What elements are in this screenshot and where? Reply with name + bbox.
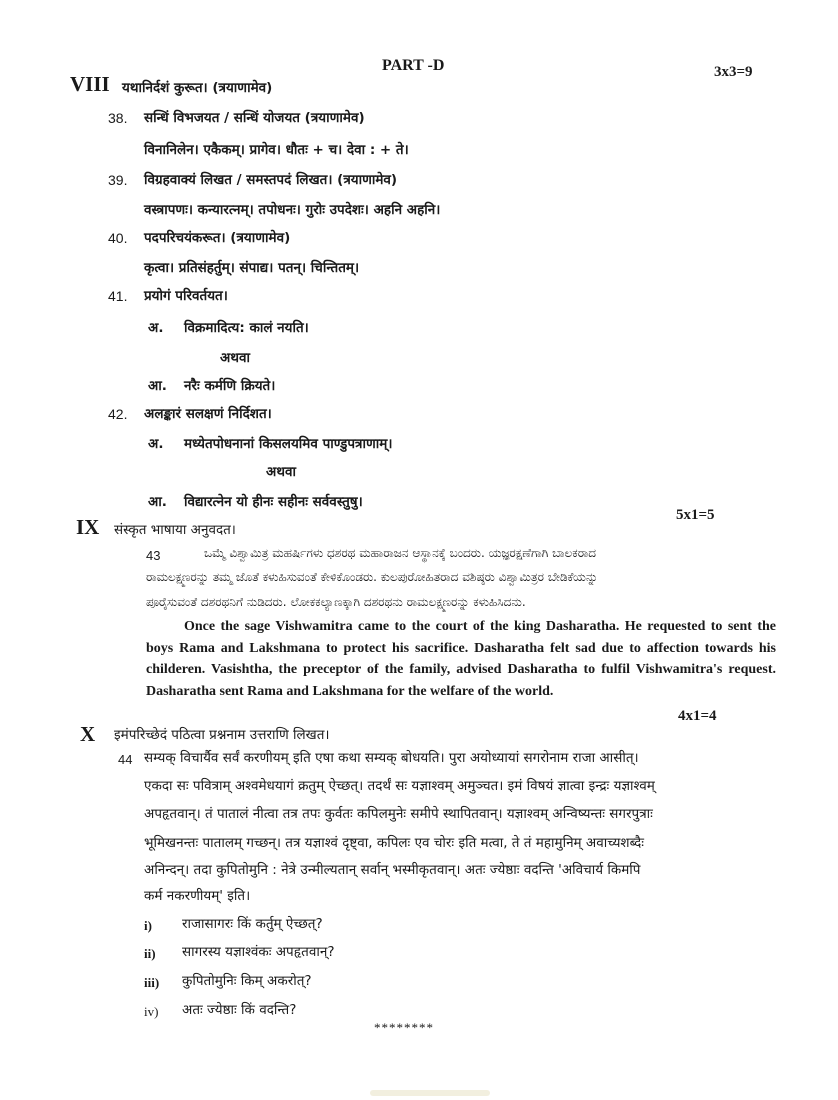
- q44-sub-iv-label: iv): [144, 1004, 158, 1020]
- q42-text: अलङ्कारं सलक्षणं निर्दिशत।: [144, 404, 272, 422]
- q41-text: प्रयोगं परिवर्तयत।: [144, 286, 228, 304]
- q44-passage-line-6: कर्म नकरणीयम्' इति।: [144, 886, 250, 904]
- q43-kannada-line-3: ಪೂರೈಸುವಂತೆ ದಶರಥನಿಗೆ ನುಡಿದರು. ಲೋಕಕಲ್ಯಾಣಕ್…: [146, 595, 526, 610]
- q39-items: वस्त्रापणः। कन्यारत्नम्। तपोधनः। गुरोः उ…: [144, 200, 440, 218]
- q43-kannada-line-1: ಒಮ್ಮೆ ವಿಶ್ವಾಮಿತ್ರ ಮಹರ್ಷಿಗಳು ಧಶರಥ ಮಹಾರಾಜನ…: [204, 546, 596, 561]
- q43-english-passage: Once the sage Vishwamitra came to the co…: [146, 616, 776, 702]
- q41-or: अथवा: [220, 348, 250, 366]
- q44-sub-iii-text: कुपितोमुनिः किम् अकरोत्?: [182, 971, 312, 989]
- q40-items: कृत्वा। प्रतिसंहर्तुम्। संपाद्य। पतन्। च…: [144, 258, 359, 276]
- q42-option-a: मध्येतपोधनानां किसलयमिव पाण्डुपत्राणाम्।: [184, 434, 392, 452]
- q44-sub-i-label: i): [144, 918, 152, 934]
- section-ix-number: IX: [76, 515, 99, 540]
- section-ix-marks: 5x1=5: [676, 507, 715, 524]
- section-x-instruction: इमंपरिच्छेदं पठित्वा प्रश्ननाम उत्तराणि …: [114, 725, 330, 743]
- q40-number: 40.: [108, 230, 127, 246]
- scan-smudge: [370, 1090, 490, 1096]
- part-title: PART -D: [382, 57, 444, 75]
- section-x-marks: 4x1=4: [678, 708, 717, 725]
- exam-page: PART -D 3x3=9 VIII यथानिर्दशं कुरूत। (त्…: [0, 0, 838, 1100]
- q44-sub-iv-text: अतः ज्येष्ठाः किं वदन्ति?: [182, 1000, 296, 1018]
- q41-option-a: विक्रमादित्य: कालं नयति।: [184, 318, 309, 336]
- q38-items: विनानिलेन। एकैकम्। प्रागेव। धौतः + च। दे…: [144, 140, 409, 158]
- section-viii-number: VIII: [70, 72, 110, 97]
- q44-sub-ii-label: ii): [144, 946, 156, 962]
- section-viii-marks: 3x3=9: [714, 64, 753, 81]
- q44-passage-line-5: अनिन्दन्। तदा कुपितोमुनि : नेत्रे उन्मील…: [144, 860, 640, 878]
- q44-sub-iii-label: iii): [144, 975, 159, 991]
- q42-number: 42.: [108, 406, 127, 422]
- q41-option-a-label: अ.: [148, 318, 163, 336]
- q44-passage-line-2: एकदा सः पवित्राम् अश्वमेधयागं क्रतुम् ऐच…: [144, 776, 655, 794]
- section-x-number: X: [80, 722, 95, 747]
- q41-number: 41.: [108, 288, 127, 304]
- q42-option-b: विद्यारत्नेन यो हीनः सहीनः सर्ववस्तुषु।: [184, 492, 363, 510]
- q44-passage-line-3: अपहृतवान्। तं पातालं नीत्वा तत्र तपः कुर…: [144, 804, 653, 822]
- q43-number: 43: [146, 548, 160, 563]
- q38-text: सन्धिं विभजयत / सन्धिं योजयत (त्रयाणामेव…: [144, 108, 365, 126]
- q41-option-b-label: आ.: [148, 376, 167, 394]
- q39-text: विग्रहवाक्यं लिखत / समस्तपदं लिखत। (त्रय…: [144, 170, 397, 188]
- q44-passage-line-4: भूमिखनन्तः पातालम् गच्छन्। तत्र यज्ञाश्व…: [144, 833, 644, 851]
- q44-sub-i-text: राजासागरः किं कर्तुम् ऐच्छत्?: [182, 914, 323, 932]
- q44-sub-ii-text: सागरस्य यज्ञाश्वंकः अपहृतवान्?: [182, 942, 335, 960]
- q42-option-b-label: आ.: [148, 492, 167, 510]
- end-marker: ********: [374, 1020, 434, 1036]
- q43-kannada-line-2: ರಾಮಲಕ್ಷ್ಮಣರನ್ನು ತಮ್ಮ ಜೊತೆ ಕಳುಹಿಸುವಂತೆ ಕೇ…: [146, 570, 598, 585]
- q41-option-b: नरैः कर्मणि क्रियते।: [184, 376, 275, 394]
- q42-or: अथवा: [266, 462, 296, 480]
- q39-number: 39.: [108, 172, 127, 188]
- section-viii-instruction: यथानिर्दशं कुरूत। (त्रयाणामेव): [122, 78, 272, 96]
- q44-passage-line-1: सम्यक् विचार्यैव सर्वं करणीयम् इति एषा क…: [144, 748, 639, 766]
- q42-option-a-label: अ.: [148, 434, 163, 452]
- section-ix-instruction: संस्कृत भाषाया अनुवदत।: [114, 520, 236, 538]
- q44-number: 44: [118, 752, 132, 767]
- q40-text: पदपरिचयंकरूत। (त्रयाणामेव): [144, 228, 290, 246]
- q38-number: 38.: [108, 110, 127, 126]
